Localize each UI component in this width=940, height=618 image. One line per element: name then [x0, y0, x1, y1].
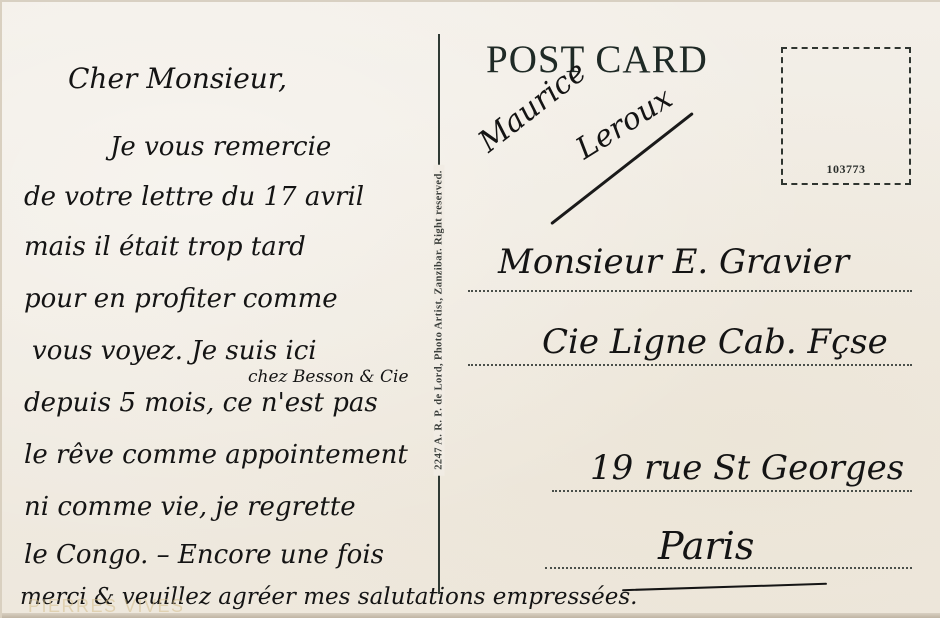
message-line: de votre lettre du 17 avril — [24, 182, 364, 212]
message-line: le rêve comme appointement — [24, 440, 408, 470]
card-edge — [2, 613, 940, 618]
stamp-box: 103773 — [781, 47, 911, 185]
message-line: vous voyez. Je suis ici — [32, 336, 317, 366]
message-line: depuis 5 mois, ce n'est pas — [24, 388, 378, 418]
address-company: Cie Ligne Cab. Fçse — [542, 322, 888, 362]
postcard-title: POST CARD — [486, 40, 708, 79]
publisher-caption: 2247 A. R. P. de Lord, Photo Artist, Zan… — [434, 164, 445, 475]
message-line: Je vous remercie — [110, 132, 331, 162]
address-line-1-rule — [468, 290, 912, 292]
message-line: pour en profiter comme — [24, 284, 338, 314]
address-city: Paris — [658, 524, 754, 568]
message-line-insert: chez Besson & Cie — [248, 367, 409, 387]
city-underline — [622, 583, 827, 591]
serial-number: 103773 — [783, 162, 909, 177]
message-line: mais il était trop tard — [24, 232, 306, 262]
message-line-salutation: Cher Monsieur, — [68, 62, 287, 95]
message-line: ni comme vie, je regrette — [24, 492, 356, 522]
address-recipient: Monsieur E. Gravier — [498, 242, 849, 282]
address-line-3-rule — [552, 490, 912, 492]
address-line-2-rule — [468, 364, 912, 366]
signature-last-name: Leroux — [570, 81, 679, 167]
message-line: le Congo. – Encore une fois — [24, 540, 384, 570]
postcard: Cher Monsieur, Je vous remercie de votre… — [0, 0, 940, 618]
address-street: 19 rue St Georges — [590, 448, 904, 488]
